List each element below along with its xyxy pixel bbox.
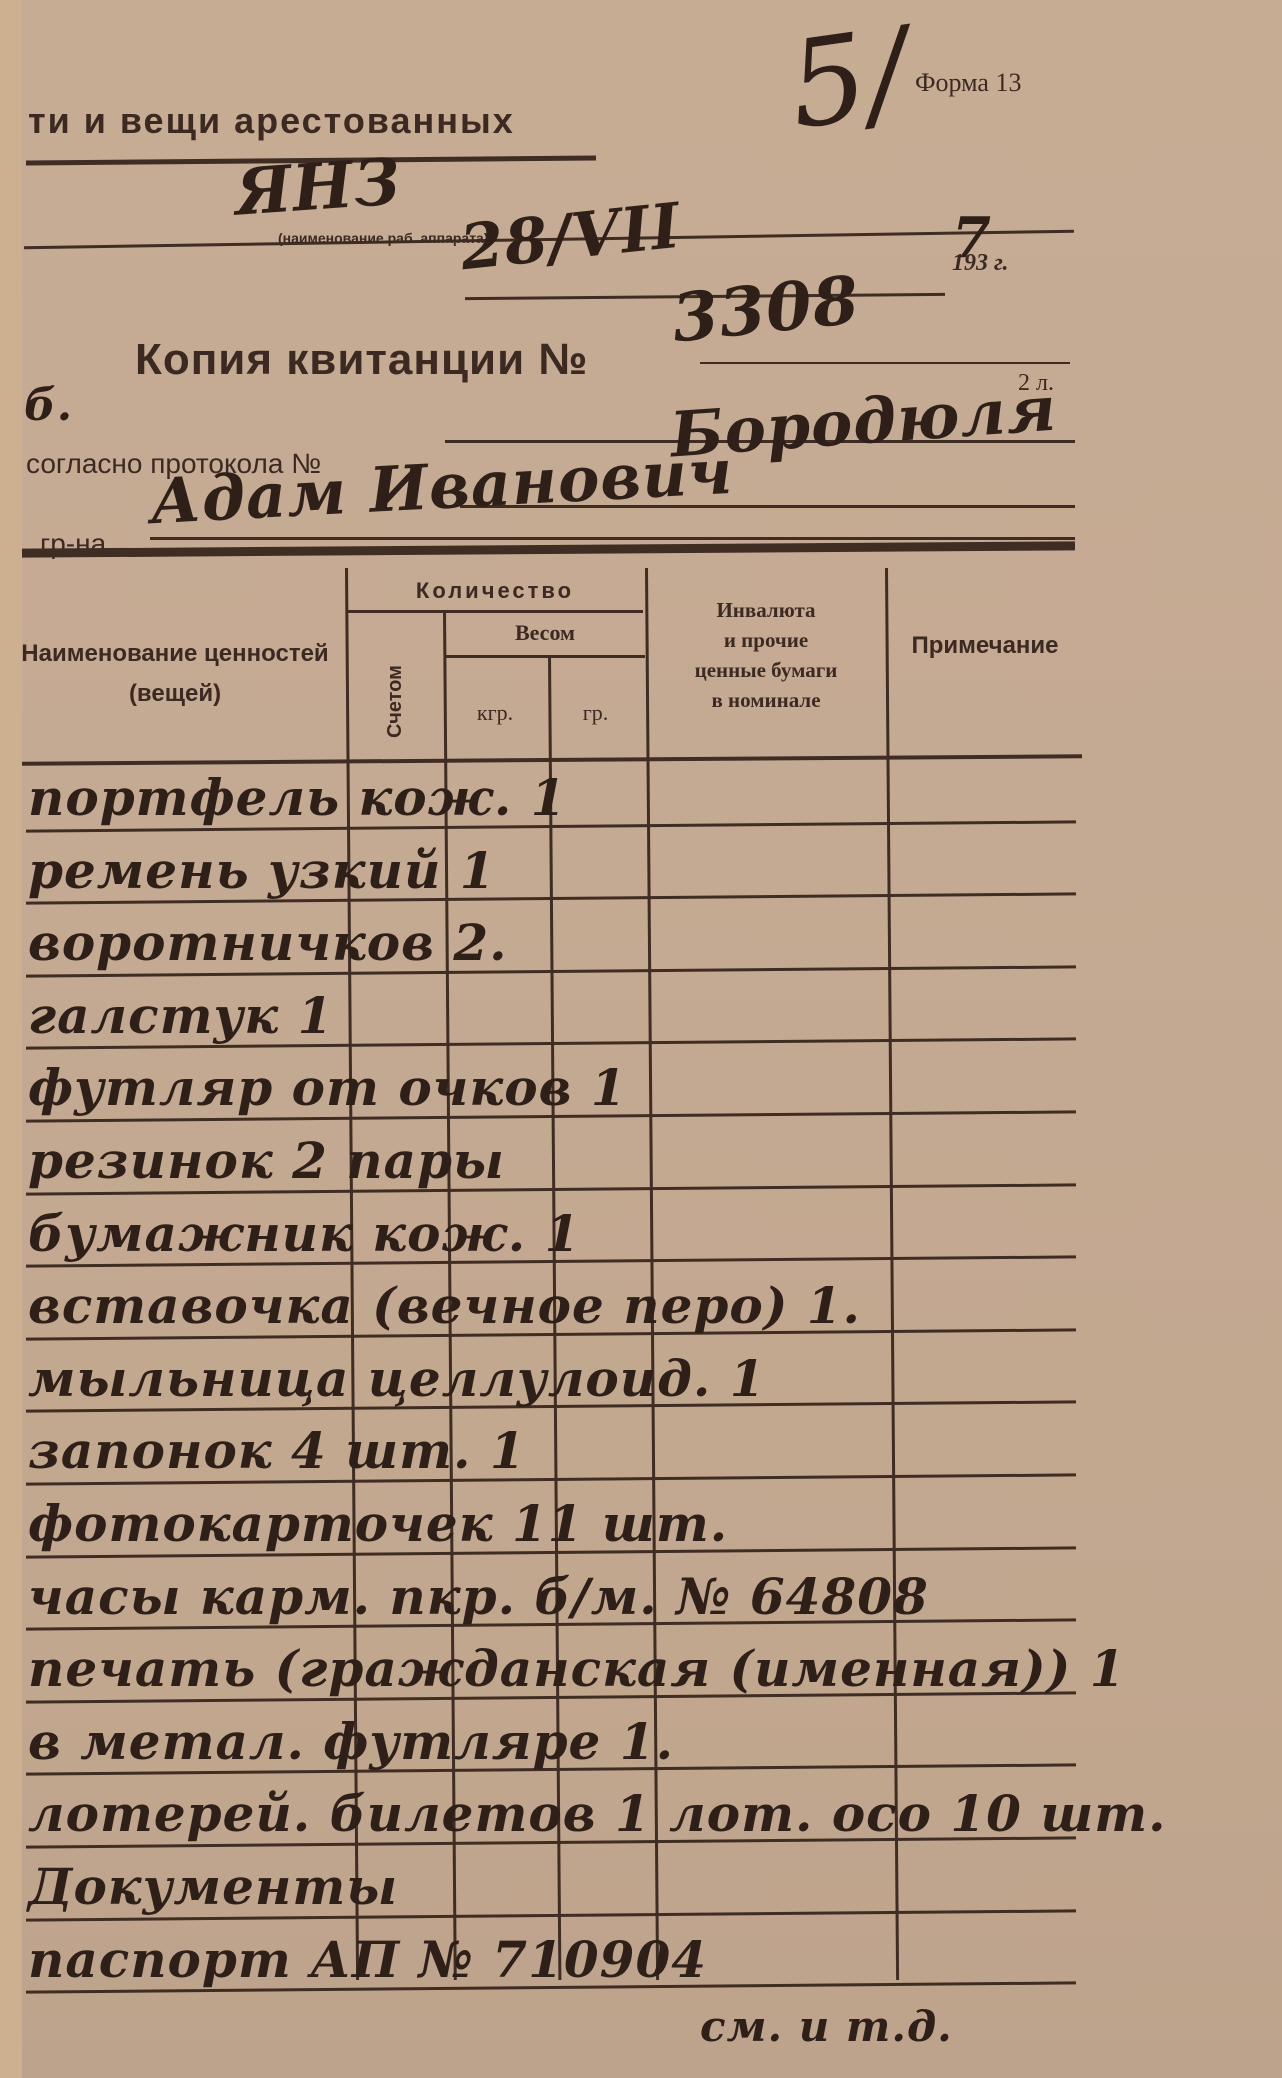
col-header-name-sub: (вещей)	[10, 680, 340, 708]
receipt-title: Копия квитанции №	[135, 335, 588, 385]
table-row: бумажник кож. 1	[28, 1204, 580, 1263]
currency-line: и прочие	[648, 625, 884, 655]
col-header-name: Наименование ценностей	[10, 640, 340, 668]
table-row: портфель кож. 1	[28, 768, 567, 827]
page-edge	[0, 0, 22, 2078]
table-row: лотерей. билетов 1 лот. осо 10 шт.	[28, 1784, 1167, 1843]
table-row: футляр от очков 1	[28, 1058, 627, 1117]
col-header-currency: Инвалюта и прочие ценные бумаги в номина…	[648, 595, 884, 715]
col-header-g: гр.	[548, 700, 643, 726]
citizen-line	[150, 537, 1075, 540]
corner-mark: 5/	[781, 2, 918, 156]
qty-rule	[348, 610, 643, 613]
table-row: резинок 2 пары	[28, 1131, 505, 1190]
col-header-quantity: Количество	[350, 578, 640, 604]
col-header-kg: кгр.	[445, 700, 545, 726]
table-row: часы карм. пкр. б/м. № 64808	[28, 1567, 929, 1626]
col-header-weight: Весом	[445, 620, 645, 646]
table-row: паспорт АП № 710904	[28, 1930, 707, 1989]
table-row: ремень узкий 1	[28, 841, 496, 900]
table-row: фотокарточек 11 шт.	[28, 1494, 728, 1553]
weight-rule	[445, 655, 645, 658]
currency-line: Инвалюта	[648, 595, 884, 625]
col-header-count: Счетом	[355, 660, 435, 750]
table-row: печать (гражданская (именная)) 1	[28, 1639, 1125, 1698]
handwritten-year: 7	[952, 205, 992, 271]
col-header-count-text: Счетом	[384, 665, 407, 738]
col-header-note: Примечание	[885, 632, 1085, 660]
form-number-label: Форма 13	[915, 68, 1021, 98]
receipt-number-line	[700, 362, 1070, 364]
margin-letter: б.	[24, 380, 73, 431]
table-row: воротничков 2.	[28, 913, 508, 972]
org-caption: (наименование раб. аппарата)	[278, 230, 489, 246]
currency-line: в номинале	[648, 685, 884, 715]
currency-line: ценные бумаги	[648, 655, 884, 685]
table-row: мыльница целлулоид. 1	[28, 1349, 766, 1408]
table-row: галстук 1	[28, 986, 333, 1045]
table-row: в метал. футляре 1.	[28, 1712, 674, 1771]
table-row: Документы	[28, 1857, 398, 1916]
table-row: вставочка (вечное перо) 1.	[28, 1276, 861, 1335]
table-row: см. и т.д.	[700, 2002, 953, 2051]
form-title-fragment: ти и вещи арестованных	[28, 100, 515, 142]
handwritten-org: ЯНЗ	[233, 144, 404, 230]
table-row: запонок 4 шт. 1	[28, 1421, 526, 1480]
